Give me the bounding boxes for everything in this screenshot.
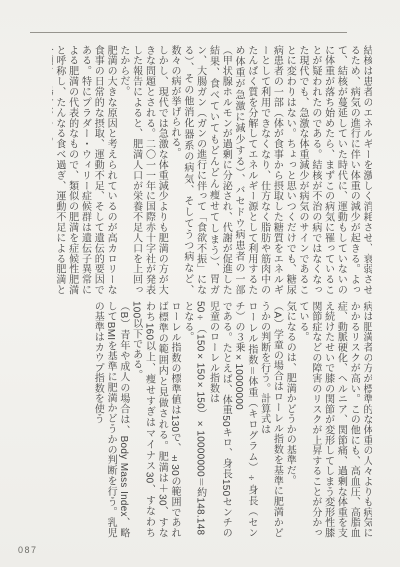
paragraph: 病は肥満者の方が標準的な体重の人々よりも病気にかかるリスクが高い。この他にも、高… — [295, 301, 372, 538]
paragraph: しかし、現代では急激な体重減少よりも肥満の方が大きな問題とされる。二〇一一年に国… — [116, 45, 167, 295]
text-band-upper: 結核は患者のエネルギーを激しく消耗させ、衰弱させるため、病気の進行に伴い体重の減… — [52, 45, 372, 295]
paragraph: （A）学童の場合はローレル指数を基準に肥満かどうかの判断を行う。計算式は — [257, 301, 283, 538]
formula-example-calculation: 50÷（150×150×150）×10000000＝約148.148 — [193, 301, 206, 538]
paragraph: ローレル指数の標準値は130で、±30の範囲であれば標準の範囲内と見做される。肥… — [129, 301, 180, 538]
paragraph: （B）青年や成人の場合は、Body Mass Index、略してBMIを基準に肥… — [90, 301, 128, 538]
paragraph: 気になるのは、肥満かどうかの基準だ。 — [282, 301, 295, 538]
book-page: 結核は患者のエネルギーを激しく消耗させ、衰弱させるため、病気の進行に伴い体重の減… — [0, 0, 400, 567]
paragraph: である。たとえば、体重50キロ、身長150センチの児童のローレル指数は — [206, 301, 232, 538]
page-number: 087 — [18, 545, 38, 555]
paragraph: 結核は患者のエネルギーを激しく消耗させ、衰弱させるため、病気の進行に伴い体重の減… — [167, 45, 372, 295]
header-rule — [30, 32, 347, 33]
paragraph: ローレル指数＝体重（キログラム）÷身長（センチ）の３乗×10000000 — [231, 301, 257, 538]
text-band-lower: 病は肥満者の方が標準的な体重の人々よりも病気にかかるリスクが高い。この他にも、高… — [52, 301, 372, 538]
paragraph: 肥満の大きな原因と考えられているのが高カロリーな食事の日常的な摂取、運動不足、そ… — [52, 45, 116, 295]
paragraph: となる。 — [180, 301, 193, 538]
